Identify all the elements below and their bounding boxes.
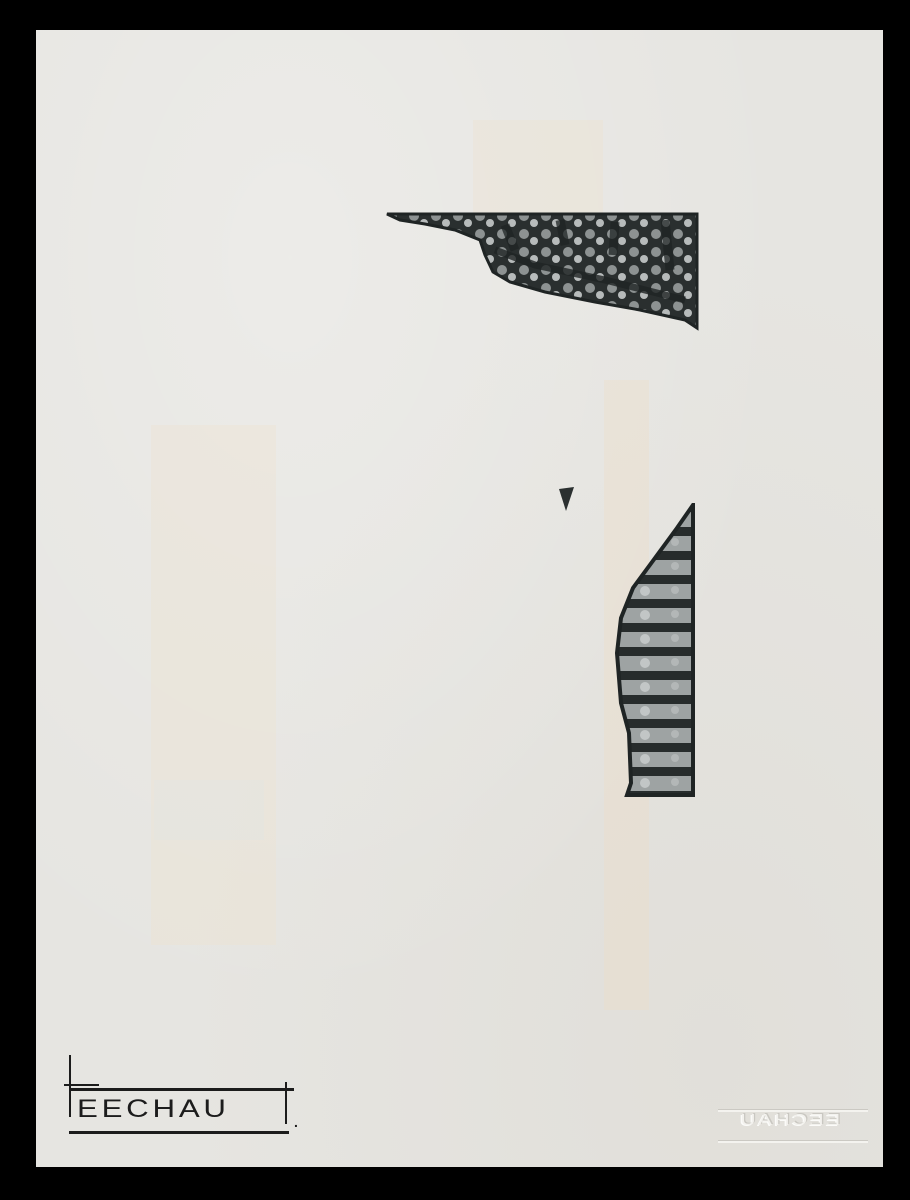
emboss-wordmark: EECHAU — [718, 1113, 861, 1129]
logo-top-rule — [69, 1088, 294, 1091]
small-triangle-mark — [558, 486, 576, 514]
top-halftone-fragment — [385, 210, 700, 335]
logo-right-vertical-rule — [285, 1082, 287, 1124]
show-through-panel — [473, 120, 603, 220]
logo-wordmark: EECHAU — [77, 1097, 230, 1122]
paper-sheet: EECHAU . EECHAU — [36, 30, 883, 1167]
logo-left-tick — [64, 1084, 99, 1086]
logo-bottom-rule — [69, 1131, 289, 1134]
show-through-panel — [151, 425, 276, 945]
embossed-logo: EECHAU — [706, 1100, 871, 1150]
logo-dot: . — [294, 1115, 298, 1129]
show-through-panel — [154, 780, 264, 840]
emboss-bottom-rule — [718, 1141, 868, 1143]
right-striped-fragment — [615, 503, 697, 799]
logo-left-vertical-rule — [69, 1055, 71, 1117]
eechau-logo: EECHAU . — [64, 1055, 324, 1140]
